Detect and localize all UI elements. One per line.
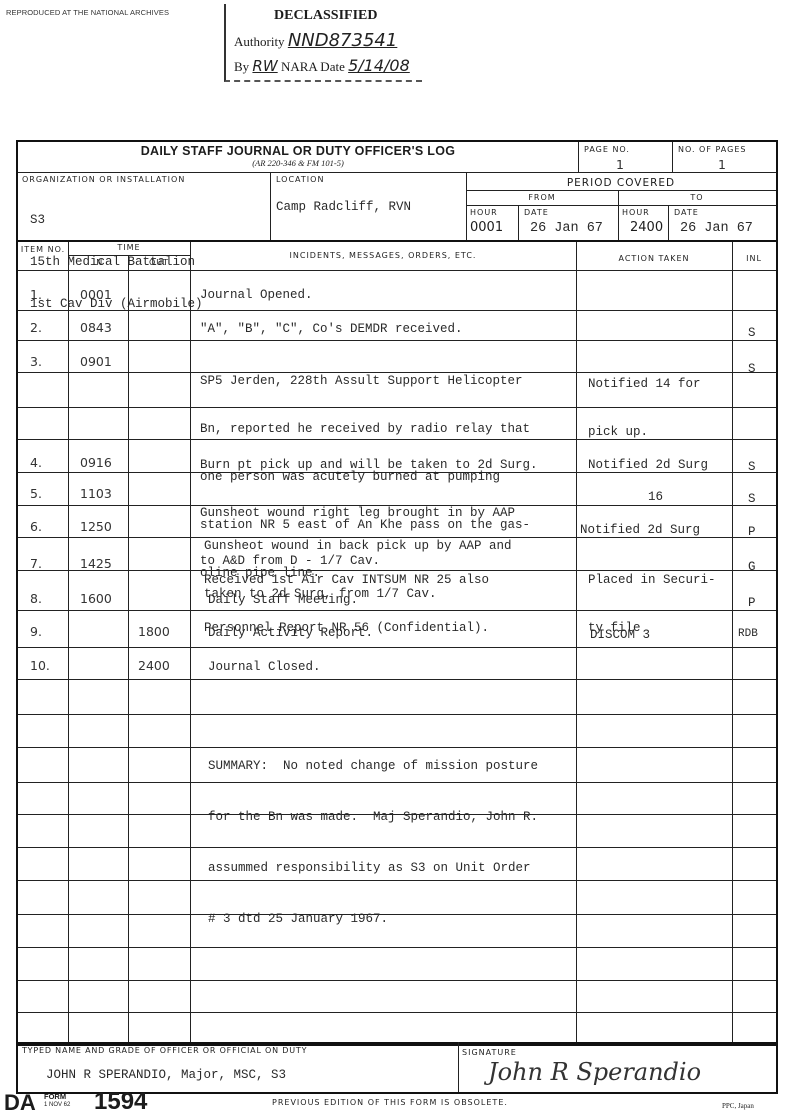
to-label: TO [618,193,776,202]
authority-line: Authority NND873541 [234,30,397,51]
action-line: Notified 14 for [588,376,701,392]
authority-value: NND873541 [288,30,398,51]
item-no: 8. [30,591,42,606]
officer-signature-block: TYPED NAME AND GRADE OF OFFICER OR OFFIC… [16,1042,778,1094]
action-text: Notified 2d Surg [580,523,700,537]
from-hour-value: 0001 [470,220,503,235]
incident-line: Received 1st Air Cav INTSUM NR 25 also [204,572,489,588]
by-value: RW [252,57,277,75]
authority-label: Authority [234,34,285,49]
location-label: LOCATION [276,175,324,184]
header-action-taken: ACTION TAKEN [576,254,732,263]
header-in: IN [68,258,128,267]
incident-line: Bn, reported he received by radio relay … [200,421,530,437]
from-label: FROM [466,193,618,202]
item-no: 4. [30,455,42,470]
printer-mark: PPC, Japan [722,1102,754,1110]
item-no: 6. [30,519,42,534]
summary-line: assummed responsibility as S3 on Unit Or… [208,860,538,877]
item-no: 10. [30,658,50,673]
action-text: DISCOM 3 [590,628,650,642]
inl-value: S [748,326,756,340]
form-date: 1 NOV 62 [44,1102,70,1108]
header-inl: INL [732,254,776,263]
from-date-label: DATE [524,208,549,217]
action-text: Notified 14 for pick up. [588,344,701,472]
item-no: 3. [30,354,42,369]
org-label: ORGANIZATION OR INSTALLATION [22,175,185,184]
by-label: By [234,59,249,74]
period-covered-label: PERIOD COVERED [466,177,776,189]
location-value: Camp Radcliff, RVN [276,200,411,214]
action-line: Placed in Securi- [588,572,716,588]
incident-text: Journal Closed. [208,660,321,674]
item-no: 5. [30,486,42,501]
inl-value: P [748,525,756,539]
form-number: 1594 [94,1088,147,1113]
archive-stamp: REPRODUCED AT THE NATIONAL ARCHIVES [6,8,169,17]
action-text: Placed in Securi- ty file [588,540,716,668]
to-hour-value: 2400 [630,220,663,235]
page-no-value: 1 [616,157,624,172]
incident-text: Journal Opened. [200,288,313,302]
time-in: 1600 [80,591,112,606]
inl-value: S [748,492,756,506]
org-line-3: 1st Cav Div (Airmobile) [30,297,203,311]
summary-line: # 3 dtd 25 January 1967. [208,911,538,928]
to-hour-label: HOUR [622,208,650,217]
time-in: 1425 [80,556,112,571]
incident-text: Burn pt pick up and will be taken to 2d … [200,458,538,472]
inl-value: RDB [738,628,758,640]
time-in: 1250 [80,519,112,534]
declass-date-value: 5/14/08 [348,56,410,75]
item-no: 7. [30,556,42,571]
inl-value: S [748,362,756,376]
org-line-1: S3 [30,213,203,227]
action-text: 16 [648,490,663,504]
action-line: pick up. [588,424,701,440]
time-out: 2400 [138,658,170,673]
time-in: 0843 [80,320,112,335]
no-of-pages-value: 1 [718,157,726,172]
header-out: OUT [128,258,190,267]
journal-form: DAILY STAFF JOURNAL OR DUTY OFFICER'S LO… [16,140,778,1046]
time-in: 0901 [80,354,112,369]
time-in: 0916 [80,455,112,470]
inl-value: G [748,560,756,574]
form-word: FORM [44,1092,66,1101]
from-date-value: 26 Jan 67 [530,221,603,236]
by-line: By RW NARA Date 5/14/08 [234,56,410,75]
time-in: 0001 [80,287,112,302]
summary-line: for the Bn was made. Maj Sperandio, John… [208,809,538,826]
incident-line: SP5 Jerden, 228th Assult Support Helicop… [200,373,530,389]
to-date-value: 26 Jan 67 [680,221,753,236]
incident-text: Daily Activity Report. [208,626,373,640]
summary-line: SUMMARY: No noted change of mission post… [208,758,538,775]
previous-edition-note: PREVIOUS EDITION OF THIS FORM IS OBSOLET… [272,1098,508,1107]
summary-text: SUMMARY: No noted change of mission post… [208,724,538,962]
incident-text: Daily Staff Meeting. [208,593,358,607]
item-no: 2. [30,320,42,335]
signature-label: SIGNATURE [462,1048,517,1057]
item-no: 1. [30,287,42,302]
time-in: 1103 [80,486,112,501]
signature-value: John R Sperandio [488,1058,701,1086]
form-da: DA [4,1090,36,1113]
form-subtitle: (AR 220-346 & FM 101-5) [18,158,578,168]
action-text: Notified 2d Surg [588,458,708,472]
form-title-block: DAILY STAFF JOURNAL OR DUTY OFFICER'S LO… [18,142,578,172]
page-no-label: PAGE NO. [584,145,630,154]
header-time: TIME [68,243,190,252]
incident-text: "A", "B", "C", Co's DEMDR received. [200,322,463,336]
inl-value: S [748,460,756,474]
form-title: DAILY STAFF JOURNAL OR DUTY OFFICER'S LO… [18,144,578,158]
declassified-title: DECLASSIFIED [274,8,377,24]
from-hour-label: HOUR [470,208,498,217]
to-date-label: DATE [674,208,699,217]
item-no: 9. [30,624,42,639]
no-of-pages-label: NO. OF PAGES [678,145,746,154]
header-item-no: ITEM NO. [18,244,68,255]
officer-label: TYPED NAME AND GRADE OF OFFICER OR OFFIC… [22,1046,307,1055]
declassified-stamp: DECLASSIFIED Authority NND873541 By RW N… [224,4,422,82]
inl-value: P [748,596,756,610]
officer-value: JOHN R SPERANDIO, Major, MSC, S3 [46,1068,286,1082]
time-out: 1800 [138,624,170,639]
nara-date-label: NARA Date [281,59,345,74]
header-incidents: INCIDENTS, MESSAGES, ORDERS, ETC. [190,251,576,260]
